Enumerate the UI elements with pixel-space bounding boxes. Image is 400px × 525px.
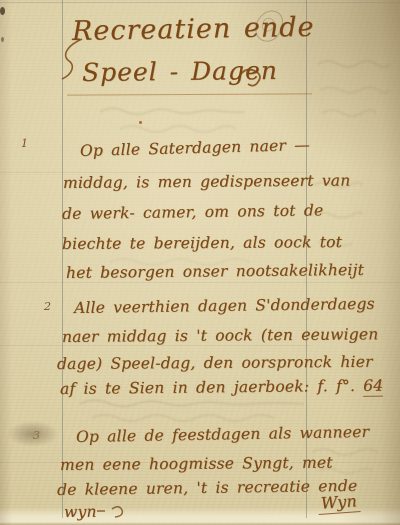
manuscript-line: Op alle de feestdagen als wanneer: [76, 423, 369, 446]
manuscript-line: men eene hoogmisse Syngt, met: [60, 454, 333, 474]
rust-spot: [139, 121, 142, 124]
manuscript-line: naer middag is 't oock (ten eeuwigen: [62, 325, 379, 346]
top-rule: [0, 2, 400, 3]
title-underline: [67, 93, 312, 96]
chain-line: [0, 282, 400, 283]
manuscript-line-text: af is te Sien in den jaerboek: f. f°.: [60, 377, 355, 398]
margin-rule-left: [62, 0, 63, 518]
line-end-flourish: [96, 502, 130, 520]
catchword: Wyn: [317, 491, 360, 515]
page-title-line-2: Speel - Dagen: [82, 56, 278, 87]
ink-speck: [1, 37, 4, 42]
paragraph-number-3: 3: [33, 429, 40, 442]
manuscript-line: dage) Speel-dag, den oorspronck hier: [57, 353, 373, 373]
manuscript-line: Op alle Saterdagen naer —: [80, 136, 310, 160]
manuscript-page: Recreatien ende Speel - Dagen 1 Op alle …: [0, 0, 400, 525]
ink-speck: [0, 7, 5, 15]
manuscript-line: het besorgen onser nootsakelikheijt: [66, 261, 364, 282]
manuscript-line: wyn: [64, 503, 97, 521]
paragraph-number-2: 2: [44, 300, 51, 313]
manuscript-line: de werk- camer, om ons tot de: [62, 201, 324, 223]
manuscript-line: middag, is men gedispenseert van: [63, 171, 351, 192]
paragraph-number-1: 1: [21, 137, 28, 150]
manuscript-line: de kleene uren, 't is recreatie ende: [57, 477, 358, 499]
manuscript-line: Alle veerthien dagen S'donderdaegs: [74, 295, 375, 317]
manuscript-line: af is te Sien in den jaerboek: f. f°. 64: [60, 377, 383, 398]
page-title-line-1: Recreatien ende: [72, 12, 315, 47]
manuscript-line: biechte te bereijden, als oock tot: [62, 233, 342, 253]
folio-reference: 64: [363, 377, 383, 397]
